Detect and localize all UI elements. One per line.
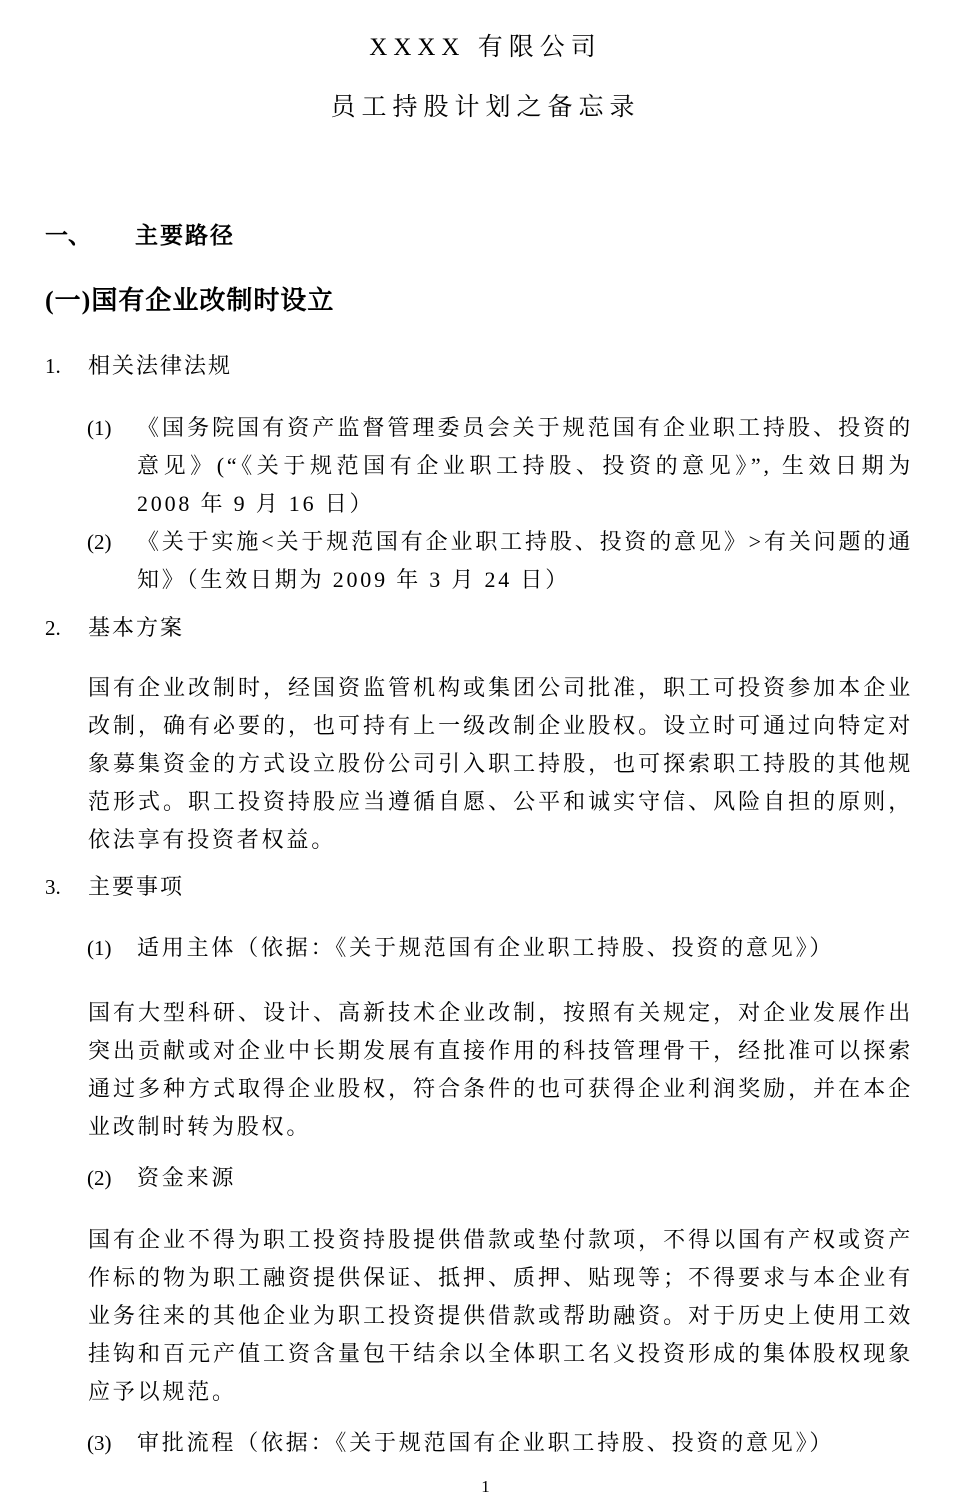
legal-item-2-text: 《关于实施<关于规范国有企业职工持股、投资的意见》>有关问题的通知》（生效日期为… xyxy=(137,523,913,599)
clause-3-title: 主要事项 xyxy=(88,872,184,902)
subsection-1-heading: (一)国有企业改制时设立 xyxy=(45,283,971,318)
clause-2-paragraph: 国有企业改制时，经国资监管机构或集团公司批准，职工可投资参加本企业改制，确有必要… xyxy=(88,669,913,859)
clause-1-heading: 1. 相关法律法规 xyxy=(45,351,971,381)
key-item-1-text: 适用主体（依据：《关于规范国有企业职工持股、投资的意见》） xyxy=(137,929,913,967)
legal-reference-item-2: (2) 《关于实施<关于规范国有企业职工持股、投资的意见》>有关问题的通知》（生… xyxy=(87,523,913,599)
clause-3-number: 3. xyxy=(45,872,88,902)
legal-reference-item-1: (1) 《国务院国有资产监督管理委员会关于规范国有企业职工持股、投资的意见》(“… xyxy=(87,409,913,523)
clause-2-title: 基本方案 xyxy=(88,613,184,643)
page-number: 1 xyxy=(0,1476,971,1498)
document-title: XXXX 有限公司 xyxy=(0,0,971,64)
legal-item-1-text: 《国务院国有资产监督管理委员会关于规范国有企业职工持股、投资的意见》(“《关于规… xyxy=(137,409,913,523)
key-item-2-text: 资金来源 xyxy=(137,1159,913,1197)
key-item-3-marker: (3) xyxy=(87,1424,137,1462)
clause-1-title: 相关法律法规 xyxy=(88,351,232,381)
key-matter-item-2: (2) 资金来源 xyxy=(87,1159,913,1197)
clause-2-heading: 2. 基本方案 xyxy=(45,613,971,643)
clause-2-number: 2. xyxy=(45,613,88,643)
section-1-number: 一、 xyxy=(45,220,135,252)
key-matter-item-3: (3) 审批流程（依据：《关于规范国有企业职工持股、投资的意见》） xyxy=(87,1424,913,1462)
document-page: XXXX 有限公司 员工持股计划之备忘录 一、 主要路径 (一)国有企业改制时设… xyxy=(0,0,971,1506)
document-subtitle: 员工持股计划之备忘录 xyxy=(0,92,971,124)
key-item-3-text: 审批流程（依据：《关于规范国有企业职工持股、投资的意见》） xyxy=(137,1424,913,1462)
legal-item-1-marker: (1) xyxy=(87,409,137,523)
clause-3-paragraph-1: 国有大型科研、设计、高新技术企业改制，按照有关规定，对企业发展作出突出贡献或对企… xyxy=(88,994,913,1146)
clause-3-paragraph-2: 国有企业不得为职工投资持股提供借款或垫付款项，不得以国有产权或资产作标的物为职工… xyxy=(88,1221,913,1411)
key-item-2-marker: (2) xyxy=(87,1159,137,1197)
section-1-heading: 一、 主要路径 xyxy=(45,220,971,252)
key-matter-item-1: (1) 适用主体（依据：《关于规范国有企业职工持股、投资的意见》） xyxy=(87,929,913,967)
clause-3-heading: 3. 主要事项 xyxy=(45,872,971,902)
legal-item-2-marker: (2) xyxy=(87,523,137,599)
section-1-title: 主要路径 xyxy=(135,220,235,252)
clause-1-number: 1. xyxy=(45,351,88,381)
key-item-1-marker: (1) xyxy=(87,929,137,967)
